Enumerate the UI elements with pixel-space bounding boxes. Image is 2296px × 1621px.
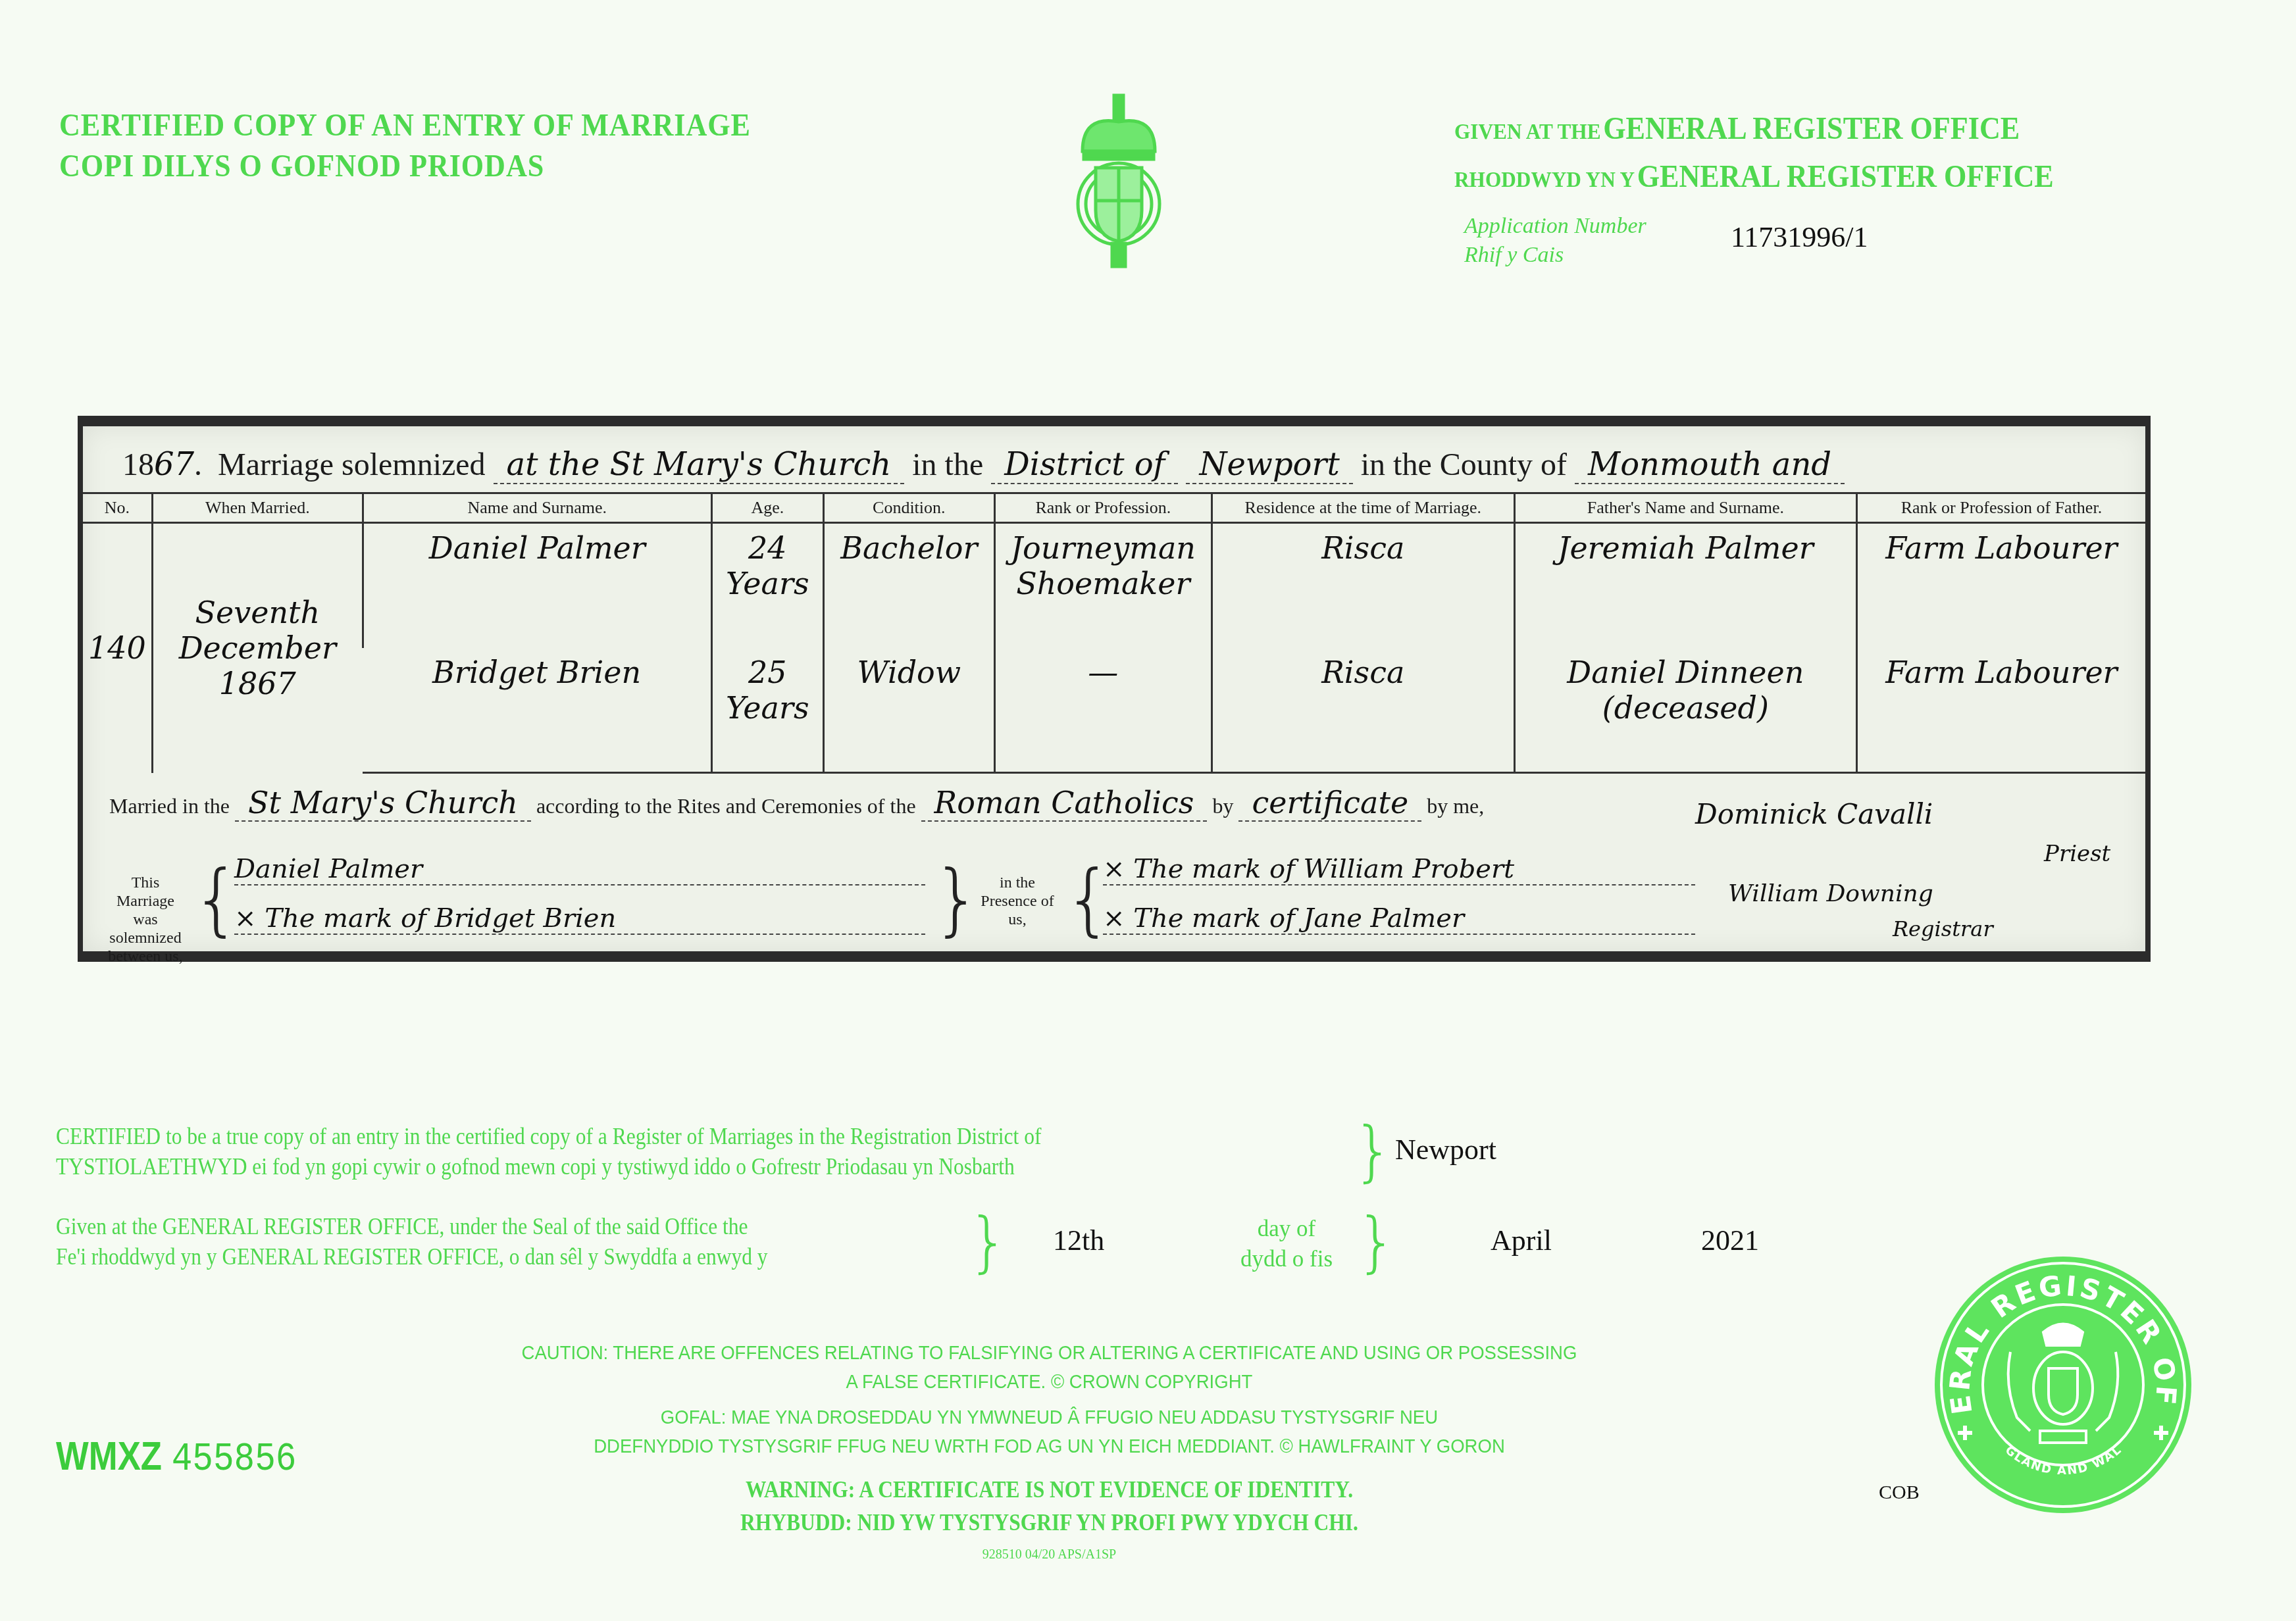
county-label: in the County of	[1361, 447, 1567, 482]
groom-condition: Bachelor	[823, 523, 994, 648]
caution-cy-line2: DDEFNYDDIO TYSTYSGRIF FFUG NEU WRTH FOD …	[0, 1432, 2140, 1461]
witness-2-signature: × The mark of Jane Palmer	[1103, 903, 1695, 935]
caution-english: CAUTION: THERE ARE OFFENCES RELATING TO …	[0, 1339, 2140, 1397]
table-row: Bridget Brien 25 Years Widow — Risca Dan…	[83, 648, 2145, 773]
given-line-en: Given at the GENERAL REGISTER OFFICE, un…	[56, 1212, 768, 1242]
bride-signature: × The mark of Bridget Brien	[234, 903, 925, 935]
bride-profession: —	[994, 648, 1212, 773]
signature-block: This Marriage was solemnized between us,…	[103, 847, 2143, 953]
day-of-label: day of dydd o fis	[1240, 1214, 1333, 1274]
groom-age: 24 Years	[711, 523, 823, 648]
year-prefix: 18	[122, 447, 154, 482]
form-code: 928510 04/20 APS/A1SP	[0, 1547, 2197, 1562]
warning-en: WARNING: A CERTIFICATE IS NOT EVIDENCE O…	[16, 1474, 2082, 1507]
given-prefix-en: GIVEN AT THE	[1454, 120, 1601, 144]
royal-crest-icon	[1069, 89, 1168, 273]
presence-label: in the Presence of us,	[978, 874, 1057, 929]
issue-year: 2021	[1701, 1224, 1759, 1257]
groom-father-profession: Farm Labourer	[1856, 523, 2145, 648]
groom-signature: Daniel Palmer	[234, 854, 925, 885]
application-number-label: Application Number Rhif y Cais	[1464, 212, 1646, 270]
rites-label: according to the Rites and Ceremonies of…	[536, 794, 916, 818]
office-name-cy: GENERAL REGISTER OFFICE	[1637, 159, 2054, 194]
certified-line-en: CERTIFIED to be a true copy of an entry …	[56, 1122, 1041, 1152]
col-no: No.	[83, 493, 152, 523]
bride-name: Bridget Brien	[363, 648, 711, 773]
groom-profession: Journeyman Shoemaker	[994, 523, 1212, 648]
application-label-cy: Rhif y Cais	[1464, 241, 1646, 270]
register-table: No. When Married. Name and Surname. Age.…	[83, 492, 2145, 774]
bride-father: Daniel Dinneen (deceased)	[1514, 648, 1856, 773]
bride-condition: Widow	[823, 648, 994, 773]
day-of-en: day of	[1240, 1214, 1333, 1244]
right-brace-icon: }	[932, 860, 982, 939]
caution-cy-line1: GOFAL: MAE YNA DROSEDDAU YN YMWNEUD Â FF…	[0, 1403, 2140, 1432]
witness-1-signature: × The mark of William Probert	[1103, 854, 1695, 885]
col-condition: Condition.	[823, 493, 994, 523]
register-header-row: No. When Married. Name and Surname. Age.…	[83, 493, 2145, 523]
when-married: Seventh December 1867	[152, 523, 363, 773]
registrar-signature: William Downing	[1728, 880, 1933, 907]
married-in-line: Married in the St Mary's Church accordin…	[109, 785, 1484, 822]
general-register-office-seal-icon: GENERAL REGISTER OFFICE ENGLAND AND WALE…	[1931, 1253, 2195, 1516]
day-of-cy: dydd o fis	[1240, 1244, 1333, 1274]
cob-mark: COB	[1879, 1482, 1920, 1504]
col-father-profession: Rank or Profession of Father.	[1856, 493, 2145, 523]
certified-line-cy: TYSTIOLAETHWYD ei fod yn gopi cywir o go…	[56, 1152, 1041, 1182]
application-number: 11731996/1	[1731, 220, 1868, 254]
office-name-en: GENERAL REGISTER OFFICE	[1603, 111, 2020, 146]
by-label: by	[1212, 794, 1233, 818]
col-profession: Rank or Profession.	[994, 493, 1212, 523]
by-me-label: by me,	[1427, 794, 1484, 818]
title-english: CERTIFIED COPY OF AN ENTRY OF MARRIAGE	[59, 105, 751, 146]
register-entry: 1867. Marriage solemnized at the St Mary…	[78, 416, 2151, 962]
between-label: This Marriage was solemnized between us,	[103, 874, 188, 966]
bride-age: 25 Years	[711, 648, 823, 773]
caution-welsh: GOFAL: MAE YNA DROSEDDAU YN YMWNEUD Â FF…	[0, 1403, 2140, 1461]
married-in-label: Married in the	[109, 794, 230, 818]
certified-statement: CERTIFIED to be a true copy of an entry …	[56, 1122, 1041, 1182]
rites-value: Roman Catholics	[921, 785, 1208, 822]
district-value: Newport	[1186, 446, 1352, 484]
certificate-title: CERTIFIED COPY OF AN ENTRY OF MARRIAGE C…	[59, 105, 751, 187]
given-statement: Given at the GENERAL REGISTER OFFICE, un…	[56, 1212, 768, 1272]
caution-en-line1: CAUTION: THERE ARE OFFENCES RELATING TO …	[0, 1339, 2140, 1368]
col-name: Name and Surname.	[363, 493, 711, 523]
register-title-line: 1867. Marriage solemnized at the St Mary…	[122, 446, 1845, 484]
by-value: certificate	[1238, 785, 1421, 822]
identity-warning: WARNING: A CERTIFICATE IS NOT EVIDENCE O…	[16, 1474, 2082, 1539]
groom-residence: Risca	[1212, 523, 1514, 648]
col-residence: Residence at the time of Marriage.	[1212, 493, 1514, 523]
officiant-signature: Dominick Cavalli	[1695, 798, 1933, 830]
col-age: Age.	[711, 493, 823, 523]
given-at-heading: GIVEN AT THE GENERAL REGISTER OFFICE RHO…	[1454, 109, 2054, 205]
bride-residence: Risca	[1212, 648, 1514, 773]
table-row: 140 Seventh December 1867 Daniel Palmer …	[83, 523, 2145, 648]
title-welsh: COPI DILYS O GOFNOD PRIODAS	[59, 146, 751, 187]
bride-father-profession: Farm Labourer	[1856, 648, 2145, 773]
issue-day: 12th	[1053, 1224, 1104, 1257]
right-brace-icon: }	[1352, 1118, 1394, 1184]
col-father-name: Father's Name and Surname.	[1514, 493, 1856, 523]
right-brace-icon: }	[1356, 1209, 1398, 1275]
caution-en-line2: A FALSE CERTIFICATE. © CROWN COPYRIGHT	[0, 1368, 2140, 1397]
certified-district: Newport	[1395, 1133, 1496, 1166]
groom-father: Jeremiah Palmer	[1514, 523, 1856, 648]
county-value: Monmouth and	[1575, 446, 1845, 484]
entry-number: 140	[83, 523, 152, 773]
year-suffix: 67	[154, 446, 194, 483]
given-prefix-cy: RHODDWYD YN Y	[1454, 168, 1635, 192]
groom-name: Daniel Palmer	[363, 523, 711, 648]
solemnized-place: at the St Mary's Church	[494, 446, 905, 484]
officiant-title: Priest	[2044, 841, 2110, 867]
serial-prefix: WMXZ	[56, 1434, 162, 1479]
district-label: District of	[991, 446, 1178, 484]
solemnized-label: Marriage solemnized	[218, 447, 486, 482]
warning-cy: RHYBUDD: NID YW TYSTYSGRIF YN PROFI PWY …	[16, 1507, 2082, 1539]
right-brace-icon: }	[967, 1209, 1009, 1275]
issue-month: April	[1491, 1224, 1552, 1257]
married-in-value: St Mary's Church	[235, 785, 531, 822]
col-when-married: When Married.	[152, 493, 363, 523]
registrar-title: Registrar	[1893, 916, 1993, 941]
in-the-label: in the	[912, 447, 983, 482]
application-label-en: Application Number	[1464, 212, 1646, 241]
given-line-cy: Fe'i rhoddwyd yn y GENERAL REGISTER OFFI…	[56, 1242, 768, 1272]
